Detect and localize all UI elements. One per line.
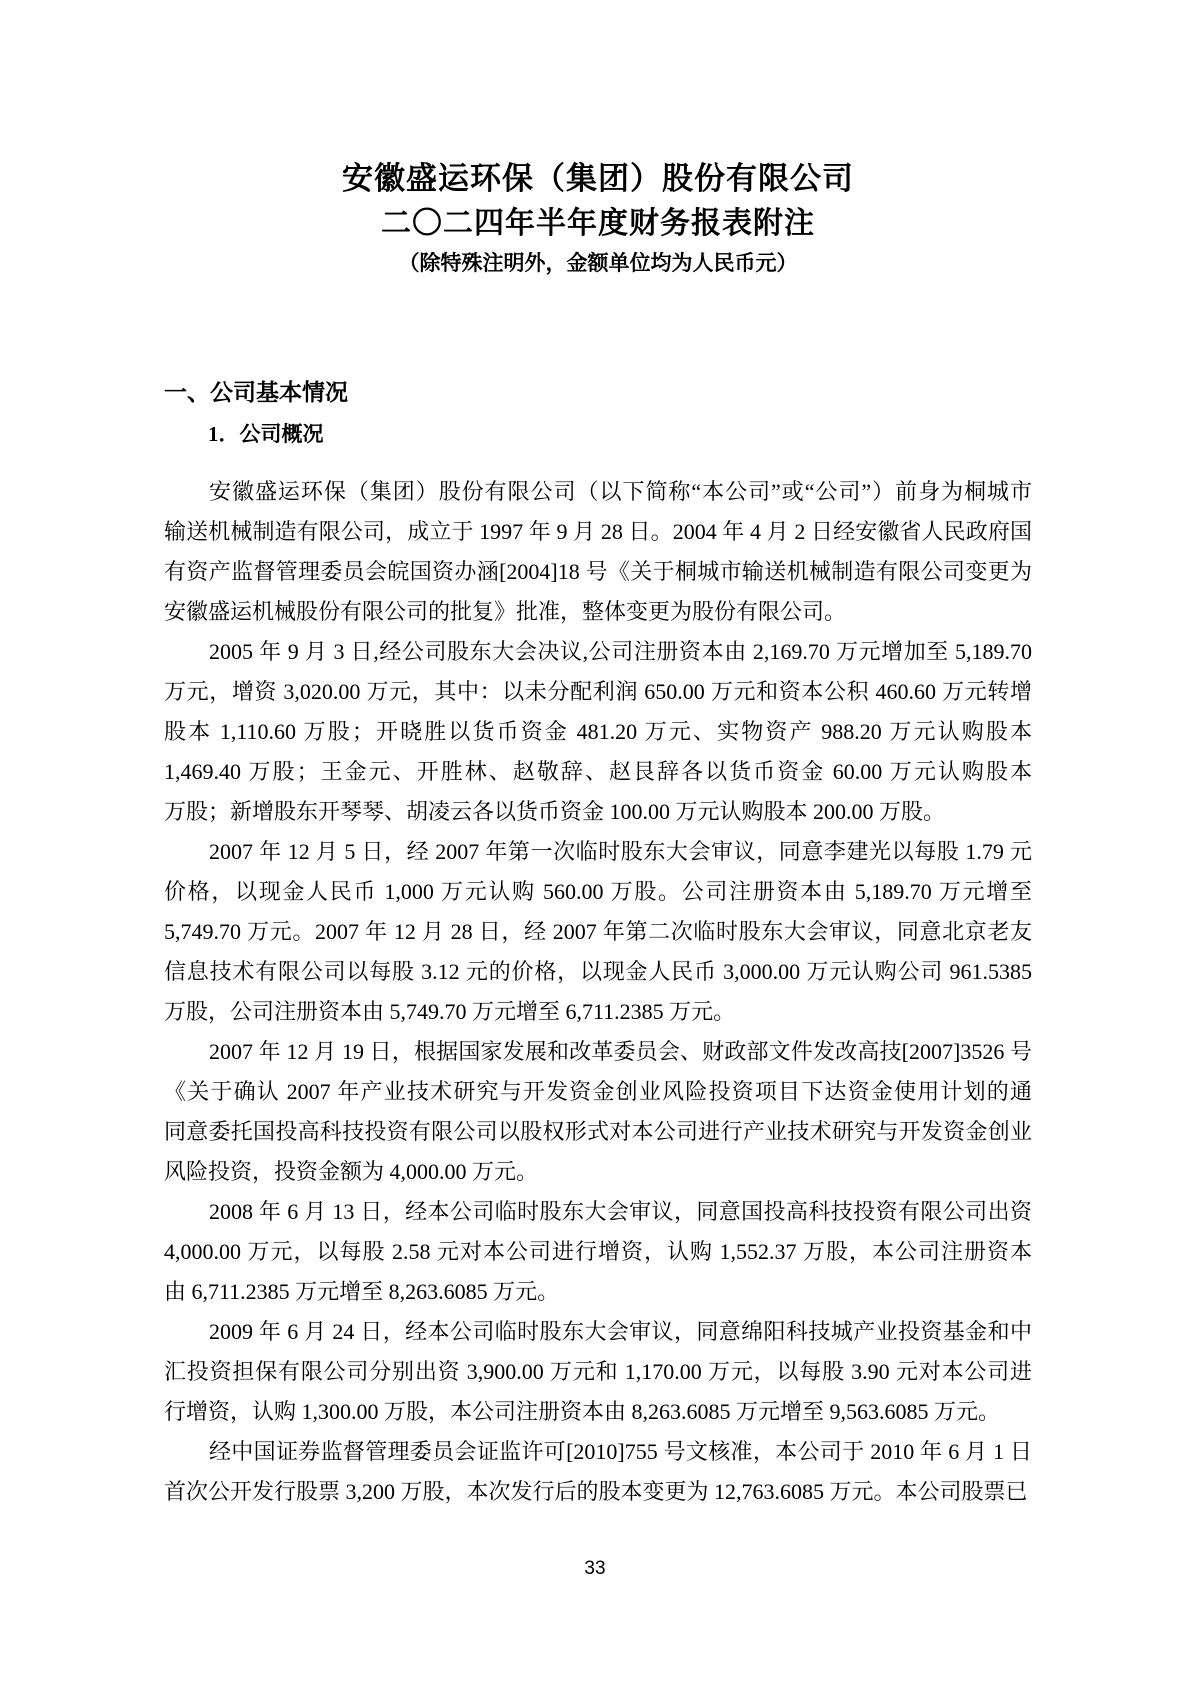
paragraph-line: 经中国证券监督管理委员会证监许可[2010]755 号文核准，本公司于 2010… [164, 1432, 1032, 1472]
paragraph: 安徽盛运环保（集团）股份有限公司（以下简称“本公司”或“公司”）前身为桐城市输送… [164, 472, 1032, 632]
paragraph-line: 安徽盛运机械股份有限公司的批复》批准，整体变更为股份有限公司。 [164, 592, 1032, 632]
paragraph-line: 信息技术有限公司以每股 3.12 元的价格，以现金人民币 3,000.00 万元… [164, 952, 1032, 992]
paragraph-line: 《关于确认 2007 年产业技术研究与开发资金创业风险投资项目下达资金使用计划的… [164, 1072, 1032, 1112]
sub-heading-company-overview: 1．公司概况 [208, 420, 1032, 448]
paragraph-line: 2005 年 9 月 3 日,经公司股东大会决议,公司注册资本由 2,169.7… [164, 632, 1032, 672]
paragraph-line: 同意委托国投高科技投资有限公司以股权形式对本公司进行产业技术研究与开发资金创业 [164, 1112, 1032, 1152]
document-page: 安徽盛运环保（集团）股份有限公司 二〇二四年半年度财务报表附注 （除特殊注明外，… [0, 0, 1190, 1683]
paragraph-line: 2009 年 6 月 24 日，经本公司临时股东大会审议，同意绵阳科技城产业投资… [164, 1312, 1032, 1352]
document-title-company: 安徽盛运环保（集团）股份有限公司 [164, 160, 1032, 198]
section-heading-company-basic-info: 一、公司基本情况 [164, 378, 1032, 408]
paragraph-line: 汇投资担保有限公司分别出资 3,900.00 万元和 1,170.00 万元，以… [164, 1352, 1032, 1392]
paragraph-line: 行增资，认购 1,300.00 万股，本公司注册资本由 8,263.6085 万… [164, 1392, 1032, 1432]
paragraph-line: 2007 年 12 月 19 日，根据国家发展和改革委员会、财政部文件发改高技[… [164, 1032, 1032, 1072]
paragraph-line: 万元，增资 3,020.00 万元，其中：以未分配利润 650.00 万元和资本… [164, 672, 1032, 712]
paragraph-line: 安徽盛运环保（集团）股份有限公司（以下简称“本公司”或“公司”）前身为桐城市 [164, 472, 1032, 512]
paragraph-line: 有资产监督管理委员会皖国资办涵[2004]18 号《关于桐城市输送机械制造有限公… [164, 552, 1032, 592]
paragraph-line: 价格，以现金人民币 1,000 万元认购 560.00 万股。公司注册资本由 5… [164, 872, 1032, 912]
paragraph-line: 1,469.40 万股；王金元、开胜林、赵敬辞、赵艮辞各以货币资金 60.00 … [164, 752, 1032, 792]
body-paragraphs: 安徽盛运环保（集团）股份有限公司（以下简称“本公司”或“公司”）前身为桐城市输送… [164, 472, 1032, 1512]
document-title-report: 二〇二四年半年度财务报表附注 [164, 206, 1032, 242]
paragraph-line: 首次公开发行股票 3,200 万股，本次发行后的股本变更为 12,763.608… [164, 1472, 1032, 1512]
paragraph: 2007 年 12 月 19 日，根据国家发展和改革委员会、财政部文件发改高技[… [164, 1032, 1032, 1192]
paragraph-line: 股本 1,110.60 万股；开晓胜以货币资金 481.20 万元、实物资产 9… [164, 712, 1032, 752]
paragraph: 2008 年 6 月 13 日，经本公司临时股东大会审议，同意国投高科技投资有限… [164, 1192, 1032, 1312]
paragraph-line: 万股，公司注册资本由 5,749.70 万元增至 6,711.2385 万元。 [164, 992, 1032, 1032]
paragraph-line: 风险投资，投资金额为 4,000.00 万元。 [164, 1152, 1032, 1192]
document-title-currency-note: （除特殊注明外，金额单位均为人民币元） [164, 250, 1032, 276]
paragraph: 2007 年 12 月 5 日，经 2007 年第一次临时股东大会审议，同意李建… [164, 832, 1032, 1032]
paragraph-line: 万股；新增股东开琴琴、胡凌云各以货币资金 100.00 万元认购股本 200.0… [164, 792, 1032, 832]
paragraph-line: 2008 年 6 月 13 日，经本公司临时股东大会审议，同意国投高科技投资有限… [164, 1192, 1032, 1232]
page-number: 33 [0, 1558, 1190, 1580]
paragraph-line: 5,749.70 万元。2007 年 12 月 28 日，经 2007 年第二次… [164, 912, 1032, 952]
document-content: 安徽盛运环保（集团）股份有限公司 二〇二四年半年度财务报表附注 （除特殊注明外，… [164, 0, 1032, 1512]
paragraph: 2009 年 6 月 24 日，经本公司临时股东大会审议，同意绵阳科技城产业投资… [164, 1312, 1032, 1432]
paragraph-line: 输送机械制造有限公司，成立于 1997 年 9 月 28 日。2004 年 4 … [164, 512, 1032, 552]
paragraph-line: 由 6,711.2385 万元增至 8,263.6085 万元。 [164, 1272, 1032, 1312]
paragraph-line: 2007 年 12 月 5 日，经 2007 年第一次临时股东大会审议，同意李建… [164, 832, 1032, 872]
paragraph: 经中国证券监督管理委员会证监许可[2010]755 号文核准，本公司于 2010… [164, 1432, 1032, 1512]
paragraph: 2005 年 9 月 3 日,经公司股东大会决议,公司注册资本由 2,169.7… [164, 632, 1032, 832]
paragraph-line: 4,000.00 万元，以每股 2.58 元对本公司进行增资，认购 1,552.… [164, 1232, 1032, 1272]
